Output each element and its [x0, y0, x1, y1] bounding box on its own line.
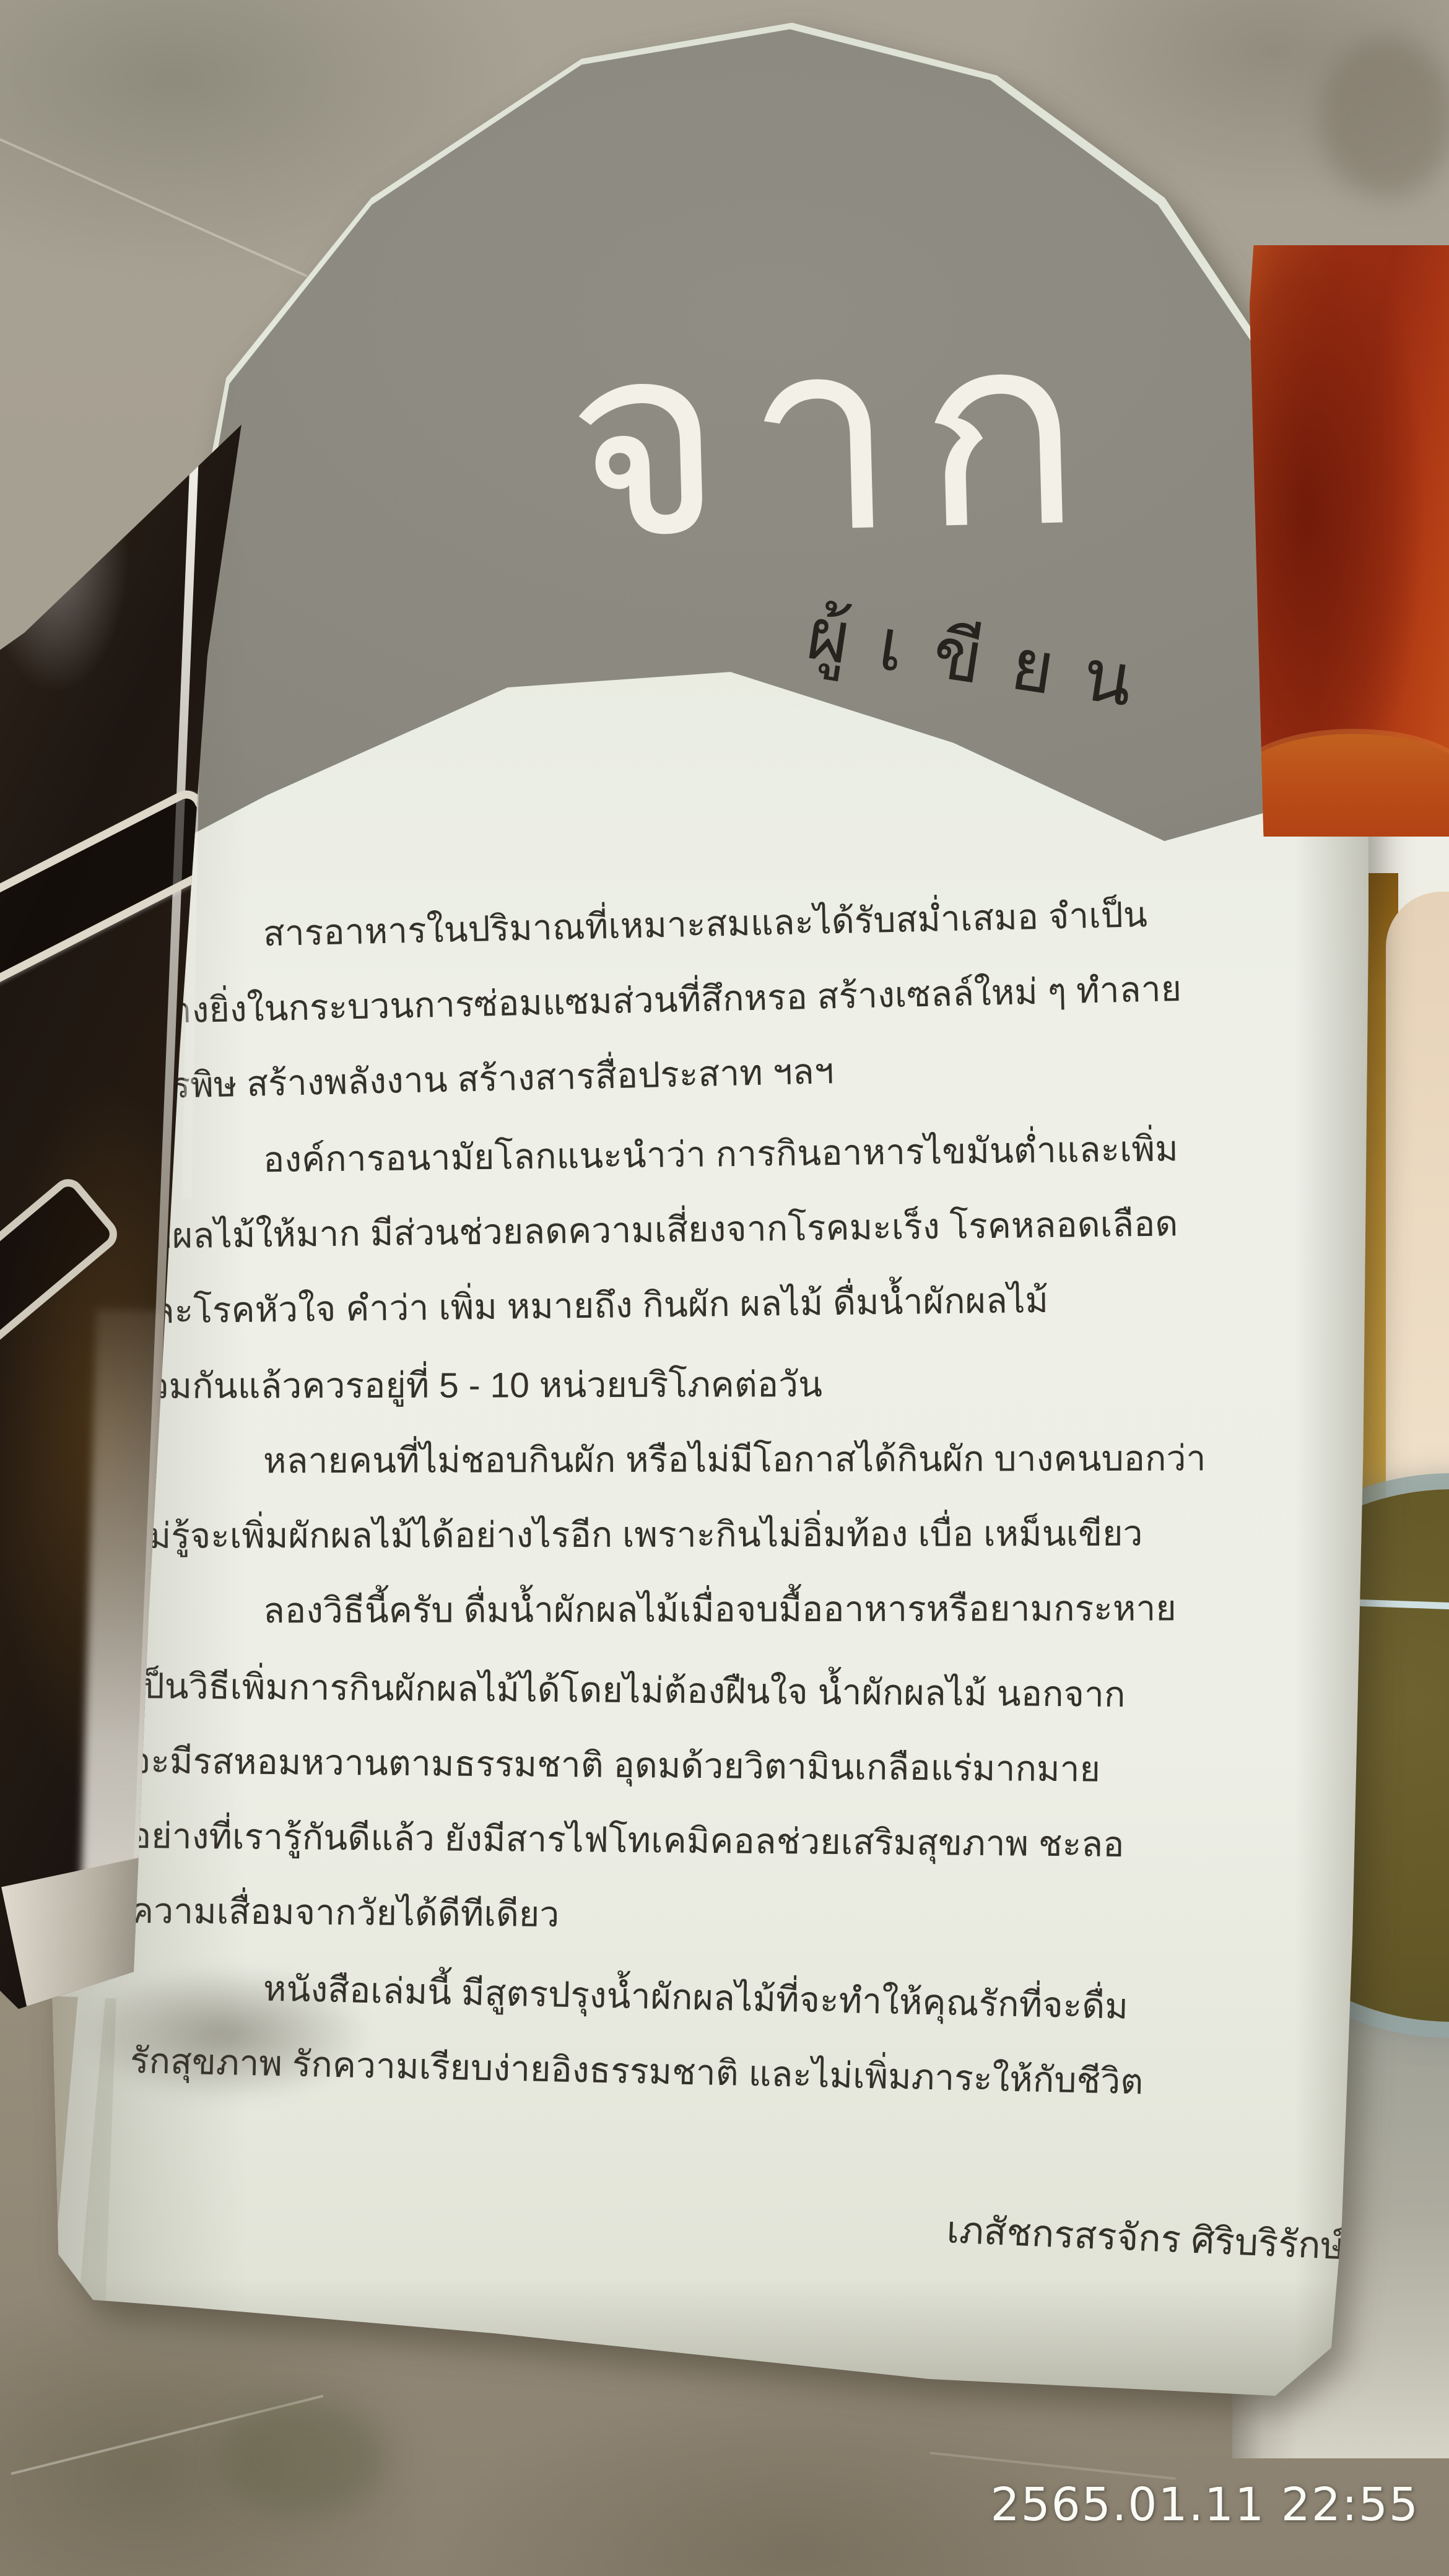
book-page: จาก ผู้เขียน สารอาหารในปริมาณที่เหมาะสมแ… [37, 15, 1368, 2415]
paragraph: ลองวิธีนี้ครับ ดื่มน้ำผักผลไม้เมื่อจบมื้… [130, 1574, 1331, 1949]
body-line: องค์การอนามัยโลกแนะนำว่า การกินอาหารไขมั… [129, 1110, 1331, 1199]
body-line: ไม่รู้จะเพิ่มผักผลไม้ได้อย่างไรอีก เพราะ… [130, 1496, 1331, 1574]
paragraph: หลายคนที่ไม่ชอบกินผัก หรือไม่มีโอกาสได้ก… [130, 1424, 1331, 1574]
orange-tumbler [1250, 245, 1449, 837]
body-line: จะมีรสหอมหวานตามธรรมชาติ อุดมด้วยวิตามิน… [129, 1724, 1331, 1809]
body-line: และโรคหัวใจ คำว่า เพิ่ม หมายถึง กินผัก ผ… [129, 1260, 1331, 1349]
body-line: ผักผลไม้ให้มาก มีส่วนช่วยลดความเสี่ยงจาก… [129, 1185, 1331, 1274]
body-line: หลายคนที่ไม่ชอบกินผัก หรือไม่มีโอกาสได้ก… [130, 1421, 1331, 1499]
camera-timestamp: 2565.01.11 22:55 [991, 2478, 1419, 2531]
book-page-wrap: จาก ผู้เขียน สารอาหารในปริมาณที่เหมาะสมแ… [0, 0, 1449, 2576]
body-line: เป็นวิธีเพิ่มการกินผักผลไม้ได้โดยไม่ต้อง… [129, 1649, 1331, 1734]
orange-tumbler-rim [1238, 734, 1449, 839]
paragraph: องค์การอนามัยโลกแนะนำว่า การกินอาหารไขมั… [130, 1125, 1331, 1424]
body-line: รวมกันแล้วควรอยู่ที่ 5 - 10 หน่วยบริโภคต… [130, 1346, 1331, 1424]
body-line: อย่างที่เรารู้กันดีแล้ว ยังมีสารไฟโทเคมิ… [129, 1799, 1331, 1884]
body-line: ลองวิธีนี้ครับ ดื่มน้ำผักผลไม้เมื่อจบมื้… [130, 1571, 1331, 1649]
paragraph: สารอาหารในปริมาณที่เหมาะสมและได้รับสม่ำเ… [130, 900, 1331, 1125]
page-shading-bottom [37, 2254, 1368, 2415]
body-line: ความเสื่อมจากวัยได้ดีทีเดียว [129, 1874, 1331, 1959]
clip-cast-shadow [80, 1966, 372, 2102]
photo-scene: จาก ผู้เขียน สารอาหารในปริมาณที่เหมาะสมแ… [0, 0, 1449, 2576]
